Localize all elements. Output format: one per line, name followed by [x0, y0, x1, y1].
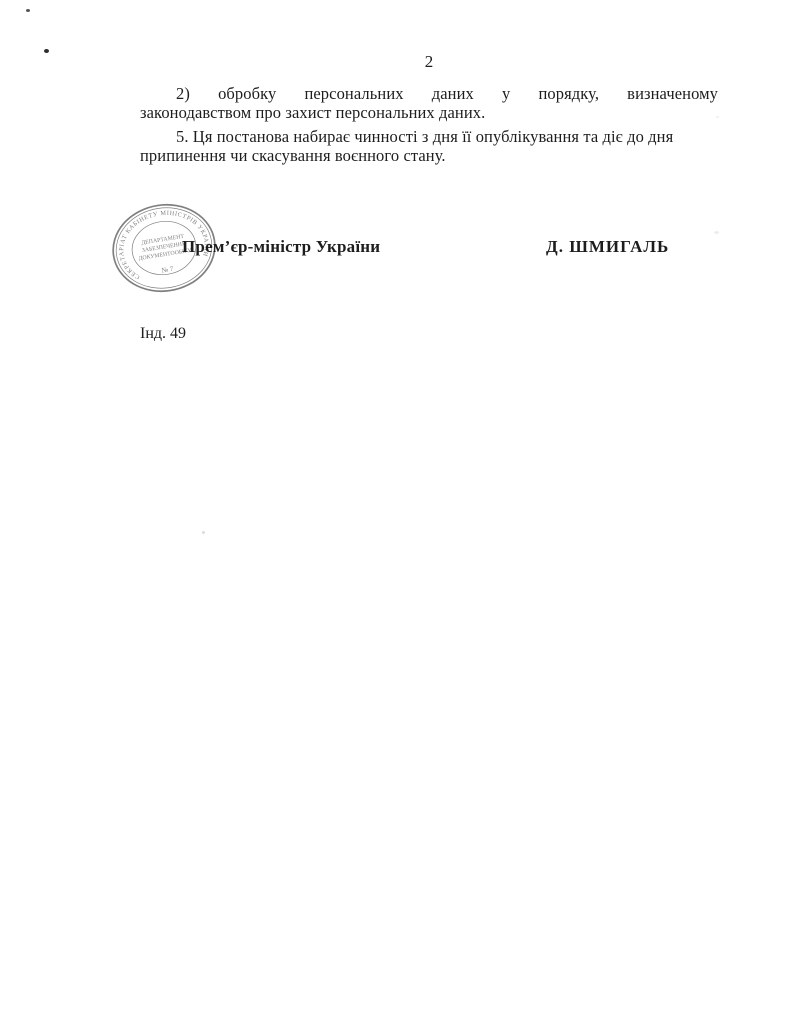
- scan-speck: [44, 49, 49, 53]
- document-index: Інд. 49: [140, 325, 186, 343]
- page-number: 2: [140, 53, 718, 71]
- paragraph-line: припинення чи скасування воєнного стану.: [140, 147, 718, 166]
- paragraph-line: 5. Ця постанова набирає чинності з дня ї…: [140, 128, 718, 147]
- scan-speck: [26, 9, 30, 12]
- paragraph-personal-data: 2) обробку персональних даних у порядку,…: [140, 85, 718, 122]
- signature-title: Прем’єр-міністр України: [182, 237, 380, 257]
- scan-speck: [202, 531, 205, 534]
- scan-speck: [716, 116, 719, 118]
- paragraph-entry-into-force: 5. Ця постанова набирає чинності з дня ї…: [140, 128, 718, 165]
- paragraph-line: законодавством про захист персональних д…: [140, 104, 718, 123]
- paragraph-line: 2) обробку персональних даних у порядку,…: [140, 85, 718, 104]
- signature-block: Прем’єр-міністр України Д. ШМИГАЛЬ: [0, 237, 791, 259]
- document-page: 2 2) обробку персональних даних у порядк…: [0, 0, 791, 1024]
- signature-name: Д. ШМИГАЛЬ: [546, 237, 669, 257]
- scan-speck: [714, 231, 719, 234]
